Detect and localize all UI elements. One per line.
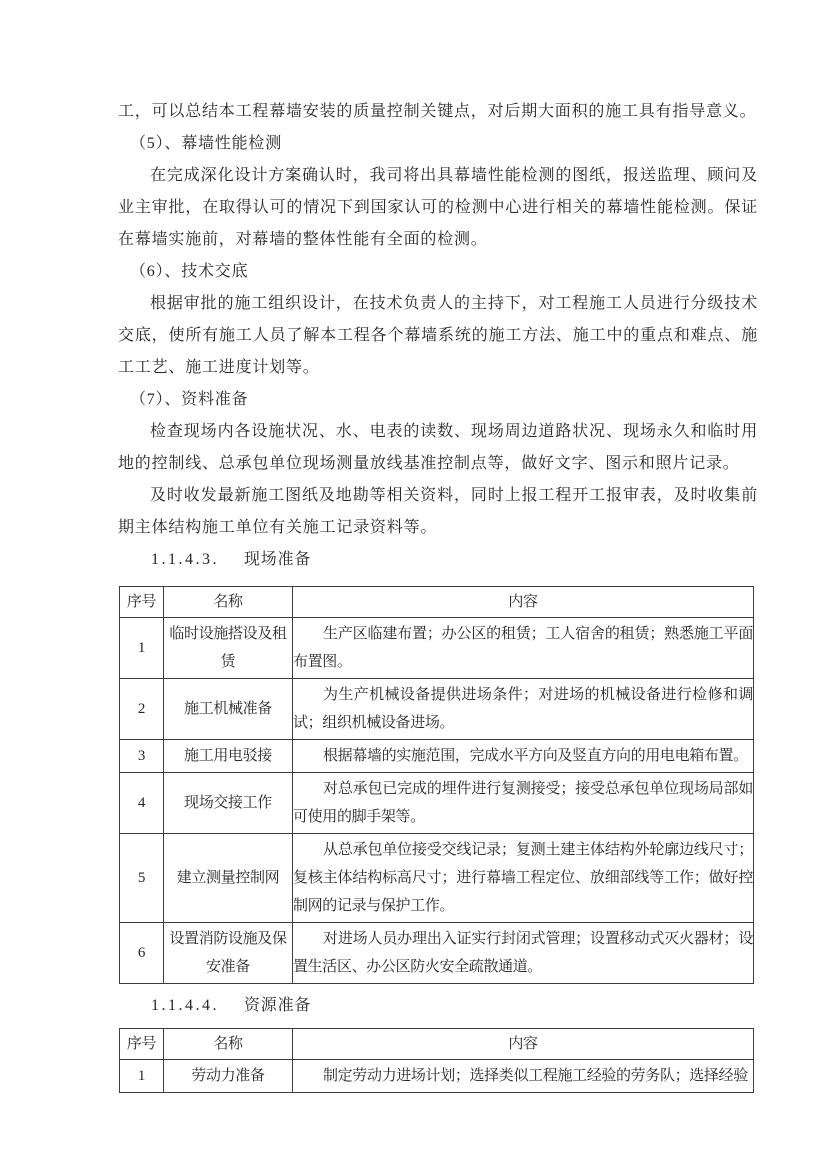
row-content-cell: 对总承包已完成的埋件进行复测接受；接受总承包单位现场局部如可使用的脚手架等。 (293, 773, 754, 834)
row-name-cell: 临时设施搭设及租赁 (164, 618, 293, 679)
subsection-heading-5: （5）、幕墙性能检测 (118, 128, 758, 160)
table-row: 6 设置消防设施及保安准备 对进场人员办理出入证实行封闭式管理；设置移动式灭火器… (120, 923, 754, 984)
row-content-cell: 制定劳动力进场计划；选择类似工程施工经验的劳务队；选择经验 (293, 1060, 754, 1093)
row-number-cell: 1 (120, 1060, 164, 1093)
row-name-cell: 建立测量控制网 (164, 834, 293, 923)
page-content: 工，可以总结本工程幕墙安装的质量控制关键点，对后期大面积的施工具有指导意义。 （… (118, 96, 758, 1093)
row-content-cell: 根据幕墙的实施范围，完成水平方向及竖直方向的用电电箱布置。 (293, 740, 754, 773)
column-header-no: 序号 (120, 1029, 164, 1060)
section-heading-1144: 1.1.4.4.资源准备 (118, 990, 758, 1022)
table-row: 4 现场交接工作 对总承包已完成的埋件进行复测接受；接受总承包单位现场局部如可使… (120, 773, 754, 834)
row-content-cell: 为生产机械设备提供进场条件；对进场的机械设备进行检修和调试；组织机械设备进场。 (293, 679, 754, 740)
body-paragraph-continuation: 工，可以总结本工程幕墙安装的质量控制关键点，对后期大面积的施工具有指导意义。 (118, 96, 758, 128)
site-preparation-table: 序号 名称 内容 1 临时设施搭设及租赁 生产区临建布置；办公区的租赁；工人宿舍… (119, 586, 754, 984)
body-paragraph-7a: 检查现场内各设施状况、水、电表的读数、现场周边道路状况、现场永久和临时用地的控制… (118, 416, 758, 480)
table-row: 1 劳动力准备 制定劳动力进场计划；选择类似工程施工经验的劳务队；选择经验 (120, 1060, 754, 1093)
table-row: 3 施工用电驳接 根据幕墙的实施范围，完成水平方向及竖直方向的用电电箱布置。 (120, 740, 754, 773)
subsection-heading-6: （6）、技术交底 (118, 256, 758, 288)
body-paragraph-6: 根据审批的施工组织设计，在技术负责人的主持下，对工程施工人员进行分级技术交底，使… (118, 288, 758, 384)
row-number-cell: 3 (120, 740, 164, 773)
column-header-name: 名称 (164, 1029, 293, 1060)
row-number-cell: 1 (120, 618, 164, 679)
row-content-cell: 生产区临建布置；办公区的租赁；工人宿舍的租赁；熟悉施工平面布置图。 (293, 618, 754, 679)
row-content-cell: 从总承包单位接受交线记录；复测土建主体结构外轮廓边线尺寸；复核主体结构标高尺寸；… (293, 834, 754, 923)
document-page: 工，可以总结本工程幕墙安装的质量控制关键点，对后期大面积的施工具有指导意义。 （… (0, 0, 826, 1169)
row-number-cell: 2 (120, 679, 164, 740)
row-name-cell: 设置消防设施及保安准备 (164, 923, 293, 984)
table-header-row: 序号 名称 内容 (120, 1029, 754, 1060)
section-number: 1.1.4.3. (151, 551, 219, 568)
body-paragraph-7b: 及时收发最新施工图纸及地勘等相关资料，同时上报工程开工报审表，及时收集前期主体结… (118, 480, 758, 544)
resource-preparation-table: 序号 名称 内容 1 劳动力准备 制定劳动力进场计划；选择类似工程施工经验的劳务… (119, 1028, 754, 1093)
column-header-content: 内容 (293, 1029, 754, 1060)
subsection-heading-7: （7）、资料准备 (118, 384, 758, 416)
column-header-no: 序号 (120, 587, 164, 618)
body-paragraph-5: 在完成深化设计方案确认时，我司将出具幕墙性能检测的图纸，报送监理、顾问及业主审批… (118, 160, 758, 256)
table-row: 1 临时设施搭设及租赁 生产区临建布置；办公区的租赁；工人宿舍的租赁；熟悉施工平… (120, 618, 754, 679)
row-name-cell: 现场交接工作 (164, 773, 293, 834)
column-header-name: 名称 (164, 587, 293, 618)
table-row: 5 建立测量控制网 从总承包单位接受交线记录；复测土建主体结构外轮廓边线尺寸；复… (120, 834, 754, 923)
row-number-cell: 6 (120, 923, 164, 984)
section-title: 资源准备 (244, 997, 311, 1014)
section-number: 1.1.4.4. (151, 997, 219, 1014)
row-content-cell: 对进场人员办理出入证实行封闭式管理；设置移动式灭火器材；设置生活区、办公区防火安… (293, 923, 754, 984)
table-row: 2 施工机械准备 为生产机械设备提供进场条件；对进场的机械设备进行检修和调试；组… (120, 679, 754, 740)
row-name-cell: 劳动力准备 (164, 1060, 293, 1093)
row-name-cell: 施工机械准备 (164, 679, 293, 740)
section-title: 现场准备 (244, 551, 311, 568)
row-number-cell: 4 (120, 773, 164, 834)
row-name-cell: 施工用电驳接 (164, 740, 293, 773)
row-number-cell: 5 (120, 834, 164, 923)
section-heading-1143: 1.1.4.3.现场准备 (118, 544, 758, 576)
column-header-content: 内容 (293, 587, 754, 618)
table-header-row: 序号 名称 内容 (120, 587, 754, 618)
